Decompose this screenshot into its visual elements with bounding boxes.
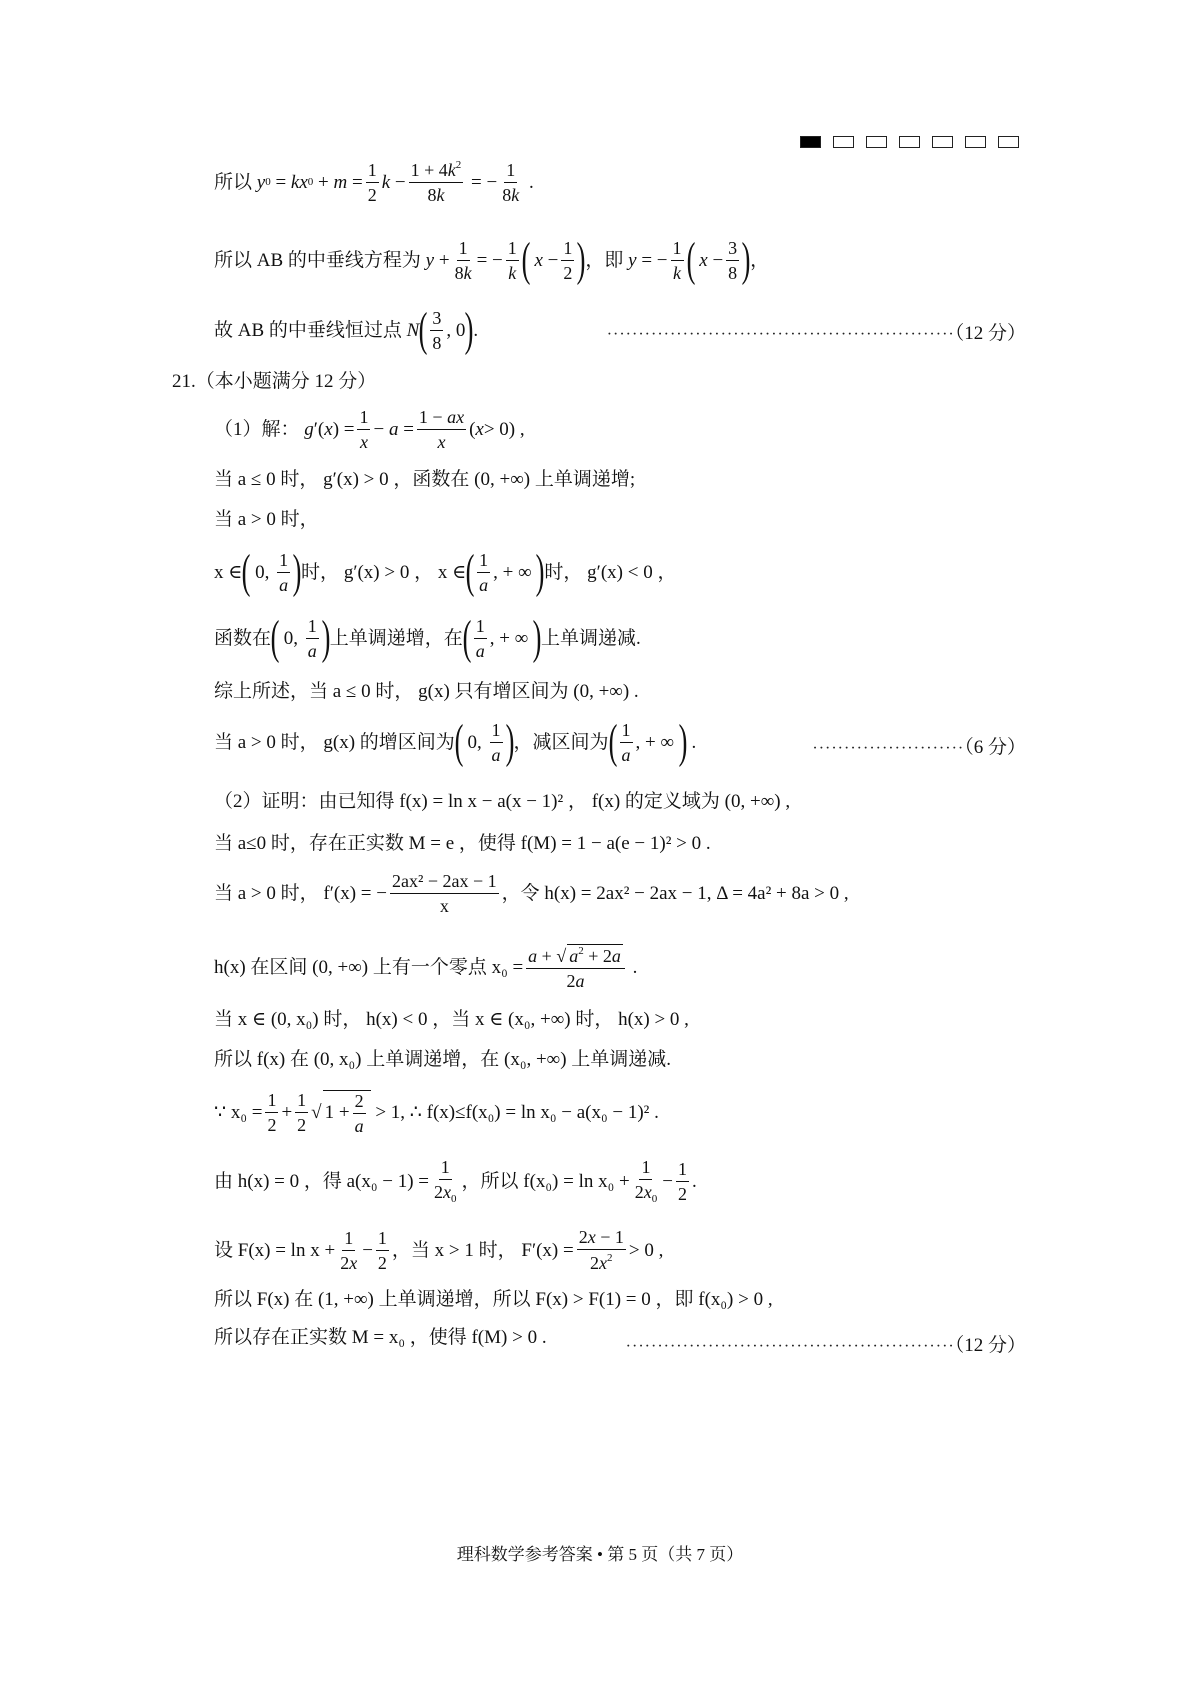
fraction-numerator: 2ax² − 2ax − 1 — [390, 872, 499, 894]
page-indicator-box — [833, 136, 854, 148]
question-21-title: 21.（本小题满分 12 分） — [172, 372, 376, 391]
text: g′(x) > 0 ， — [344, 563, 433, 582]
page-indicator-box — [932, 136, 953, 148]
line-perpendicular-bisector: 所以 AB 的中垂线方程为 y +18k= −1k ( x −12) ，即 y … — [214, 236, 769, 284]
page-indicator — [800, 136, 1019, 148]
part2-case-a-le0: 当 a≤0 时，存在正实数 M = e ，使得 f(M) = 1 − a(e −… — [214, 834, 711, 853]
page-indicator-box — [965, 136, 986, 148]
part1-derivative: （1）解： g′(x) =1x− a = 1 − axx(x > 0) , — [214, 408, 525, 451]
score-annotation: ········································… — [607, 318, 1026, 345]
text: 函数在 — [214, 629, 271, 648]
part1-summary-a-gt0: 当 a > 0 时， g(x) 的增区间为 ( 0, 1a) ，减区间为 (1a… — [214, 718, 696, 766]
part2-derivative: 当 a > 0 时， f′(x) = − 2ax² − 2ax − 1x ，令 … — [214, 872, 849, 915]
answer-page: 所以 y0 = kx0 + m = 12k − 1 + 4k28k = − 18… — [0, 0, 1200, 1698]
text: ∵ x₀ = — [214, 1103, 262, 1122]
text: 当 a > 0 时， — [214, 510, 319, 529]
text: 函数在 (0, +∞) 上单调递增; — [412, 470, 635, 489]
part1-monotonicity: 函数在 ( 0, 1a) 上单调递增，在 (1a, + ∞ ) 上单调递减. — [214, 614, 641, 662]
page-indicator-box — [899, 136, 920, 148]
text: 时， — [301, 563, 339, 582]
text: ，当 x > 1 时， F′(x) = — [392, 1241, 574, 1260]
part1-sign-intervals: x ∈ ( 0, 1a) 时， g′(x) > 0 ， x ∈ (1a, + ∞… — [214, 548, 676, 596]
text: 所以 AB 的中垂线方程为 — [214, 251, 421, 270]
text: 所以 f(x) 在 (0, x₀) 上单调递增，在 (x₀, +∞) 上单调递减… — [214, 1050, 671, 1069]
text: 当 a > 0 时， f′(x) = − — [214, 884, 387, 903]
text: 所以 F(x) 在 (1, +∞) 上单调递增，所以 F(x) > F(1) =… — [214, 1290, 773, 1309]
score-annotation: ········································… — [626, 1330, 1026, 1357]
text: 所以存在正实数 M = x₀ ，使得 f(M) > 0 . — [214, 1328, 547, 1347]
part2-f-x0: 由 h(x) = 0 ，得 a(x₀ − 1) = 12x0 ，所以 f(x₀)… — [214, 1158, 697, 1205]
text: ，令 h(x) = 2ax² − 2ax − 1, Δ = 4a² + 8a >… — [502, 884, 849, 903]
text: ， — [750, 251, 769, 270]
part2-F-definition: 设 F(x) = ln x + 12x−12 ，当 x > 1 时， F′(x)… — [214, 1228, 663, 1272]
text: 所以 — [214, 173, 252, 192]
fraction-denominator: x — [438, 894, 451, 915]
text: （2）证明：由已知得 f(x) = ln x − a(x − 1)² ， f(x… — [214, 792, 790, 811]
text: 当 x ∈ (0, x₀) 时， h(x) < 0 ，当 x ∈ (x₀, +∞… — [214, 1010, 689, 1029]
text: g′(x) > 0 ， — [323, 470, 412, 489]
text: x ∈ — [438, 563, 466, 582]
text: g′(x) < 0 ， — [587, 563, 676, 582]
part2-setup: （2）证明：由已知得 f(x) = ln x − a(x − 1)² ， f(x… — [214, 792, 790, 811]
leader-dots: ········································… — [626, 1338, 955, 1355]
part2-f-monotonicity: 所以 f(x) 在 (0, x₀) 上单调递增，在 (x₀, +∞) 上单调递减… — [214, 1050, 671, 1069]
text: 上单调递增，在 — [330, 629, 463, 648]
score-annotation: ························（6 分） — [812, 732, 1026, 759]
text: 当 a > 0 时， g(x) 的增区间为 — [214, 733, 455, 752]
part1-summary: 综上所述，当 a ≤ 0 时， g(x) 只有增区间为 (0, +∞) . — [214, 682, 639, 701]
part1-case-a-gt0: 当 a > 0 时， — [214, 510, 319, 529]
text: （1）解： — [214, 420, 300, 439]
text: h(x) 在区间 (0, +∞) 上有一个零点 x₀ = — [214, 958, 523, 977]
line-y0-result: 所以 y0 = kx0 + m = 12k − 1 + 4k28k = − 18… — [214, 160, 534, 204]
page-indicator-box — [866, 136, 887, 148]
text: > 1, ∴ f(x)≤f(x₀) = ln x₀ − a(x₀ − 1)² . — [375, 1103, 659, 1122]
leader-dots: ········································… — [607, 326, 955, 343]
text: 当 a≤0 时，存在正实数 M = e ，使得 f(M) = 1 − a(e −… — [214, 834, 711, 853]
part2-F-increasing: 所以 F(x) 在 (1, +∞) 上单调递增，所以 F(x) > F(1) =… — [214, 1290, 773, 1309]
text: 当 a ≤ 0 时， — [214, 470, 318, 489]
page-footer: 理科数学参考答案 • 第 5 页（共 7 页） — [0, 1540, 1200, 1565]
part2-h-sign: 当 x ∈ (0, x₀) 时， h(x) < 0 ，当 x ∈ (x₀, +∞… — [214, 1010, 689, 1029]
page-indicator-box-filled — [800, 136, 821, 148]
score-text: （6 分） — [964, 737, 1026, 758]
text: 综上所述，当 a ≤ 0 时， g(x) 只有增区间为 (0, +∞) . — [214, 682, 639, 701]
text: 21.（本小题满分 12 分） — [172, 372, 376, 391]
text: . — [473, 321, 478, 340]
page-indicator-box — [998, 136, 1019, 148]
text: x ∈ — [214, 563, 242, 582]
line-fixed-point: 故 AB 的中垂线恒过点 N (38, 0) . — [214, 306, 478, 354]
score-text: （12 分） — [955, 1335, 1026, 1356]
leader-dots: ························ — [812, 740, 964, 757]
part2-x0-bound: ∵ x₀ = 12+12√1 +2a > 1, ∴ f(x)≤f(x₀) = l… — [214, 1090, 659, 1135]
part2-conclusion: 所以存在正实数 M = x₀ ，使得 f(M) > 0 . — [214, 1328, 547, 1347]
text: 设 F(x) = ln x + — [214, 1241, 335, 1260]
part1-case-a-le0: 当 a ≤ 0 时， g′(x) > 0 ， 函数在 (0, +∞) 上单调递增… — [214, 470, 635, 489]
score-text: （12 分） — [955, 323, 1026, 344]
text: . — [692, 1172, 697, 1191]
text: > 0 , — [629, 1241, 663, 1260]
text: 由 h(x) = 0 ，得 a(x₀ − 1) = — [214, 1172, 429, 1191]
text: ，所以 f(x₀) = ln x₀ + — [462, 1172, 630, 1191]
text: 故 AB 的中垂线恒过点 — [214, 321, 402, 340]
text: 时， — [544, 563, 582, 582]
text: 上单调递减. — [541, 629, 641, 648]
text: ，即 — [585, 251, 623, 270]
text: ，减区间为 — [514, 733, 609, 752]
part2-zero-point: h(x) 在区间 (0, +∞) 上有一个零点 x₀ = a + √a2 + 2… — [214, 944, 637, 990]
